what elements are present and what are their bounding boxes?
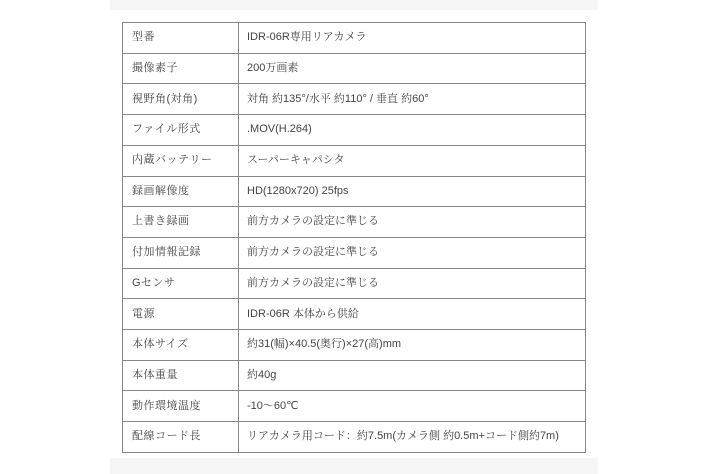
- spec-label: 視野角(対角): [123, 84, 239, 115]
- spec-value: スーパーキャパシタ: [239, 145, 586, 176]
- spec-value: 200万画素: [239, 53, 586, 84]
- table-row: 撮像素子200万画素: [123, 53, 586, 84]
- table-row: 動作環境温度-10〜60℃: [123, 391, 586, 422]
- table-row: 電源IDR-06R 本体から供給: [123, 299, 586, 330]
- table-row: 付加情報記録前方カメラの設定に準じる: [123, 237, 586, 268]
- spec-value: 前方カメラの設定に準じる: [239, 237, 586, 268]
- table-row: Gセンサ前方カメラの設定に準じる: [123, 268, 586, 299]
- spec-label: 録画解像度: [123, 176, 239, 207]
- table-row: 内蔵バッテリースーパーキャパシタ: [123, 145, 586, 176]
- spec-table: 型番IDR-06R専用リアカメラ撮像素子200万画素視野角(対角)対角 約135…: [122, 22, 586, 453]
- table-row: 配線コード長リアカメラ用コード：約7.5m(カメラ側 約0.5m+コード側約7m…: [123, 422, 586, 453]
- spec-label: 撮像素子: [123, 53, 239, 84]
- spec-value: .MOV(H.264): [239, 115, 586, 146]
- table-row: 上書き録画前方カメラの設定に準じる: [123, 207, 586, 238]
- spec-label: 配線コード長: [123, 422, 239, 453]
- table-row: 型番IDR-06R専用リアカメラ: [123, 23, 586, 54]
- spec-value: 前方カメラの設定に準じる: [239, 268, 586, 299]
- table-row: 本体重量約40g: [123, 360, 586, 391]
- spec-sheet: 型番IDR-06R専用リアカメラ撮像素子200万画素視野角(対角)対角 約135…: [110, 10, 598, 458]
- spec-label: 本体重量: [123, 360, 239, 391]
- spec-label: 上書き録画: [123, 207, 239, 238]
- spec-value: HD(1280x720) 25fps: [239, 176, 586, 207]
- spec-value: IDR-06R 本体から供給: [239, 299, 586, 330]
- spec-label: 電源: [123, 299, 239, 330]
- spec-label: Gセンサ: [123, 268, 239, 299]
- spec-value: 対角 約135°/水平 約110° / 垂直 約60°: [239, 84, 586, 115]
- spec-label: 内蔵バッテリー: [123, 145, 239, 176]
- spec-value: -10〜60℃: [239, 391, 586, 422]
- spec-value: 約40g: [239, 360, 586, 391]
- spec-value: 約31(幅)×40.5(奥行)×27(高)mm: [239, 330, 586, 361]
- spec-value: 前方カメラの設定に準じる: [239, 207, 586, 238]
- spec-label: 付加情報記録: [123, 237, 239, 268]
- table-row: ファイル形式.MOV(H.264): [123, 115, 586, 146]
- table-row: 視野角(対角)対角 約135°/水平 約110° / 垂直 約60°: [123, 84, 586, 115]
- table-row: 本体サイズ約31(幅)×40.5(奥行)×27(高)mm: [123, 330, 586, 361]
- table-row: 録画解像度HD(1280x720) 25fps: [123, 176, 586, 207]
- spec-table-body: 型番IDR-06R専用リアカメラ撮像素子200万画素視野角(対角)対角 約135…: [123, 23, 586, 453]
- spec-value: リアカメラ用コード：約7.5m(カメラ側 約0.5m+コード側約7m): [239, 422, 586, 453]
- spec-label: 型番: [123, 23, 239, 54]
- spec-label: ファイル形式: [123, 115, 239, 146]
- spec-label: 動作環境温度: [123, 391, 239, 422]
- spec-value: IDR-06R専用リアカメラ: [239, 23, 586, 54]
- spec-label: 本体サイズ: [123, 330, 239, 361]
